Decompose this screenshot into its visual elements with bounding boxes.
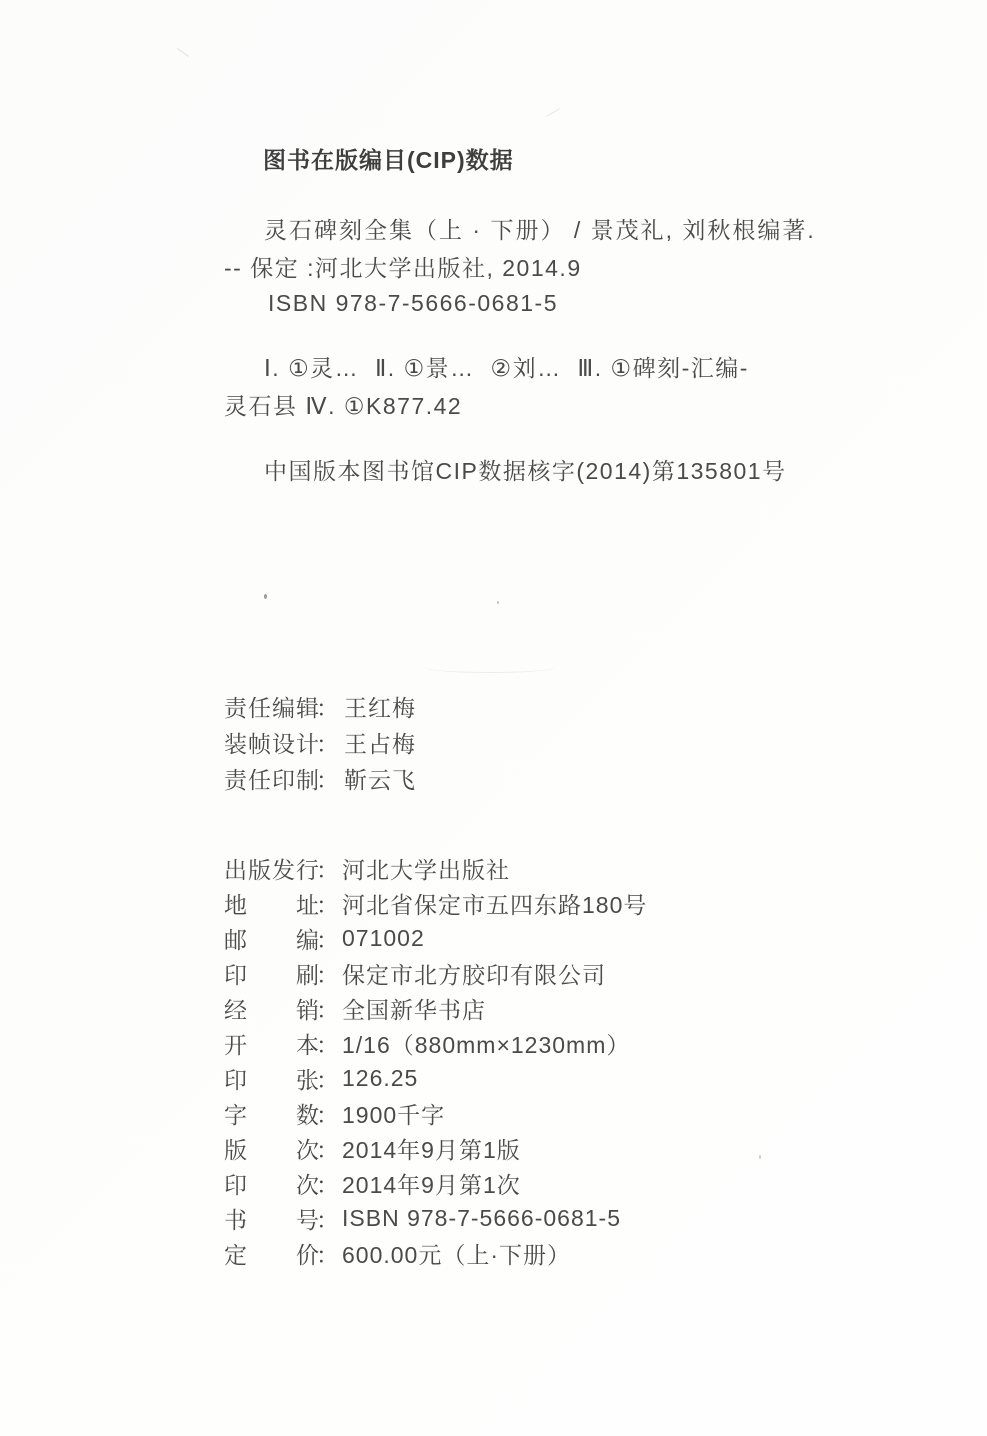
colon: ： <box>320 762 336 795</box>
cip-record-number: 中国版本图书馆CIP数据核字(2014)第135801号 <box>264 459 787 483</box>
colon: ： <box>320 1237 336 1270</box>
pub-row-distributor: 经 销：全国新华书店 <box>224 991 647 1026</box>
pub-value: 2014年9月第1版 <box>342 1132 521 1165</box>
pub-value: 126.25 <box>342 1065 418 1092</box>
pub-row-publisher: 出版发行：河北大学出版社 <box>224 851 647 886</box>
pub-label: 邮 编 <box>224 922 320 955</box>
pub-value: 071002 <box>342 925 425 952</box>
colon: ： <box>320 922 336 955</box>
pub-row-format: 开 本：1/16（880mm×1230mm） <box>224 1026 647 1061</box>
pub-value: 2014年9月第1次 <box>342 1167 521 1200</box>
pub-label: 印 刷 <box>224 957 320 990</box>
pub-value: 保定市北方胶印有限公司 <box>342 957 606 990</box>
book-copyright-page: 图书在版编目(CIP)数据 灵石碑刻全集（上 · 下册） / 景茂礼, 刘秋根编… <box>0 0 987 1436</box>
pub-value: 河北省保定市五四东路180号 <box>342 887 647 920</box>
scan-speck <box>497 601 499 604</box>
credits-block: 责任编辑：王红梅 装帧设计：王占梅 责任印制：靳云飞 <box>224 688 416 796</box>
pub-label: 印 次 <box>224 1167 320 1200</box>
pub-row-address: 地 址：河北省保定市五四东路180号 <box>224 886 647 921</box>
pub-label: 书 号 <box>224 1202 320 1235</box>
colon: ： <box>320 1062 336 1095</box>
pub-label: 开 本 <box>224 1027 320 1060</box>
colon: ： <box>320 1167 336 1200</box>
cip-classification-line2: 灵石县 Ⅳ. ①K877.42 <box>224 394 462 418</box>
pub-row-printing: 印 次：2014年9月第1次 <box>224 1166 647 1201</box>
pub-row-printer: 印 刷：保定市北方胶印有限公司 <box>224 956 647 991</box>
publication-info-block: 出版发行：河北大学出版社 地 址：河北省保定市五四东路180号 邮 编：0710… <box>224 851 647 1271</box>
pub-label: 出版发行 <box>224 852 320 885</box>
scan-hairline <box>177 48 189 57</box>
credit-value: 王红梅 <box>344 690 416 723</box>
pub-value: 1900千字 <box>342 1097 445 1130</box>
credit-row-designer: 装帧设计：王占梅 <box>224 724 416 760</box>
credit-row-editor: 责任编辑：王红梅 <box>224 688 416 724</box>
pub-value: 全国新华书店 <box>342 992 486 1025</box>
cip-entry-publisher: -- 保定 :河北大学出版社, 2014.9 <box>224 256 582 280</box>
colon: ： <box>320 887 336 920</box>
cip-entry-isbn: ISBN 978-7-5666-0681-5 <box>268 291 558 315</box>
pub-label: 版 次 <box>224 1132 320 1165</box>
colon: ： <box>320 1027 336 1060</box>
pub-value: 河北大学出版社 <box>342 852 510 885</box>
colon: ： <box>320 1132 336 1165</box>
colon: ： <box>320 852 336 885</box>
pub-row-wordcount: 字 数：1900千字 <box>224 1096 647 1131</box>
colon: ： <box>320 1097 336 1130</box>
credit-label: 责任印制 <box>224 762 320 795</box>
scan-arc-mark <box>425 662 555 673</box>
credit-label: 责任编辑 <box>224 690 320 723</box>
credit-value: 靳云飞 <box>344 762 416 795</box>
scan-speck <box>759 1155 761 1159</box>
cip-heading: 图书在版编目(CIP)数据 <box>263 148 514 172</box>
pub-label: 经 销 <box>224 992 320 1025</box>
credit-label: 装帧设计 <box>224 726 320 759</box>
pub-label: 定 价 <box>224 1237 320 1270</box>
pub-row-price: 定 价：600.00元（上·下册） <box>224 1236 647 1271</box>
scan-speck <box>264 594 267 599</box>
colon: ： <box>320 690 336 723</box>
colon: ： <box>320 726 336 759</box>
pub-value: ISBN 978-7-5666-0681-5 <box>342 1205 621 1232</box>
pub-label: 印 张 <box>224 1062 320 1095</box>
colon: ： <box>320 1202 336 1235</box>
cip-classification-line1: Ⅰ. ①灵… Ⅱ. ①景… ②刘… Ⅲ. ①碑刻-汇编- <box>264 356 749 380</box>
pub-value: 1/16（880mm×1230mm） <box>342 1027 630 1060</box>
pub-label: 字 数 <box>224 1097 320 1130</box>
pub-row-edition: 版 次：2014年9月第1版 <box>224 1131 647 1166</box>
colon: ： <box>320 992 336 1025</box>
credit-row-print-supervisor: 责任印制：靳云飞 <box>224 760 416 796</box>
scan-hairline <box>546 108 560 117</box>
pub-row-postcode: 邮 编：071002 <box>224 921 647 956</box>
pub-row-isbn: 书 号：ISBN 978-7-5666-0681-5 <box>224 1201 647 1236</box>
pub-label: 地 址 <box>224 887 320 920</box>
colon: ： <box>320 957 336 990</box>
pub-value: 600.00元（上·下册） <box>342 1237 571 1270</box>
cip-entry-title: 灵石碑刻全集（上 · 下册） / 景茂礼, 刘秋根编著. <box>264 218 816 242</box>
pub-row-sheets: 印 张：126.25 <box>224 1061 647 1096</box>
credit-value: 王占梅 <box>344 726 416 759</box>
